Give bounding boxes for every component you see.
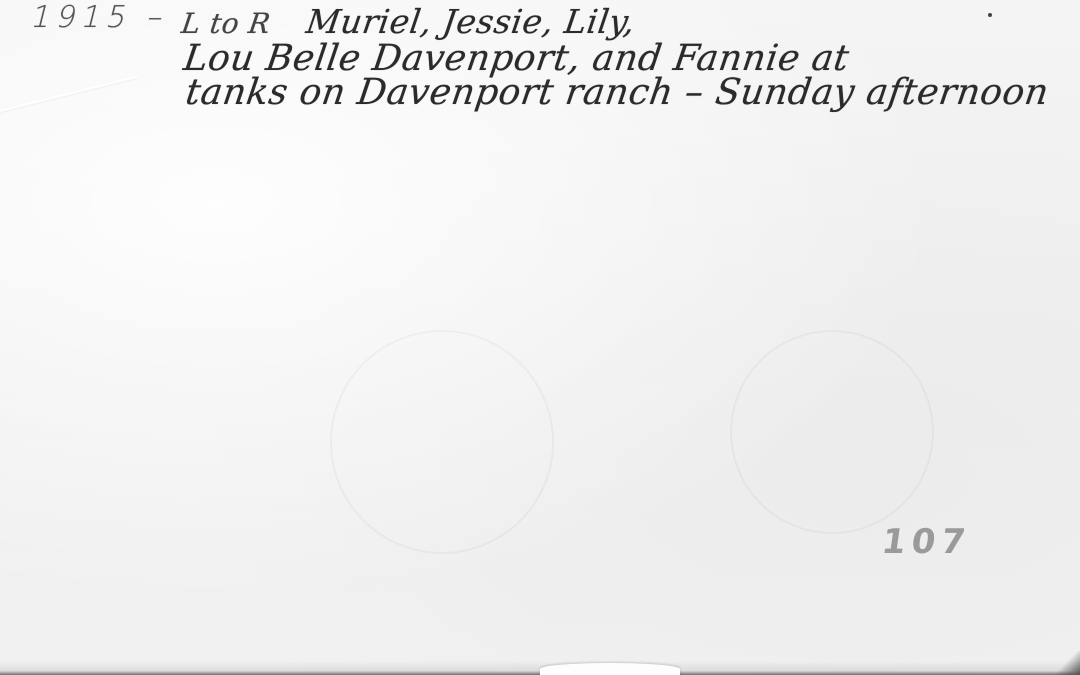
faint-stamp-impression [330, 330, 554, 554]
handwritten-names: Muriel, Jessie, Lily, [304, 2, 638, 41]
ink-dot [988, 13, 992, 17]
catalog-number: 107 [879, 522, 974, 562]
handwritten-year: 1915 – [28, 0, 174, 35]
corner-tear [1050, 651, 1080, 675]
handwritten-line-3: tanks on Davenport ranch – Sunday aftern… [183, 72, 1051, 113]
paper-tear [540, 663, 680, 675]
paper-crease [0, 76, 138, 117]
handwritten-line-1: L to RMuriel, Jessie, Lily, [179, 2, 637, 41]
handwritten-direction: L to R [179, 7, 272, 40]
photo-back-card: 1915 – L to RMuriel, Jessie, Lily, Lou B… [0, 0, 1080, 675]
faint-stamp-impression [730, 330, 934, 534]
